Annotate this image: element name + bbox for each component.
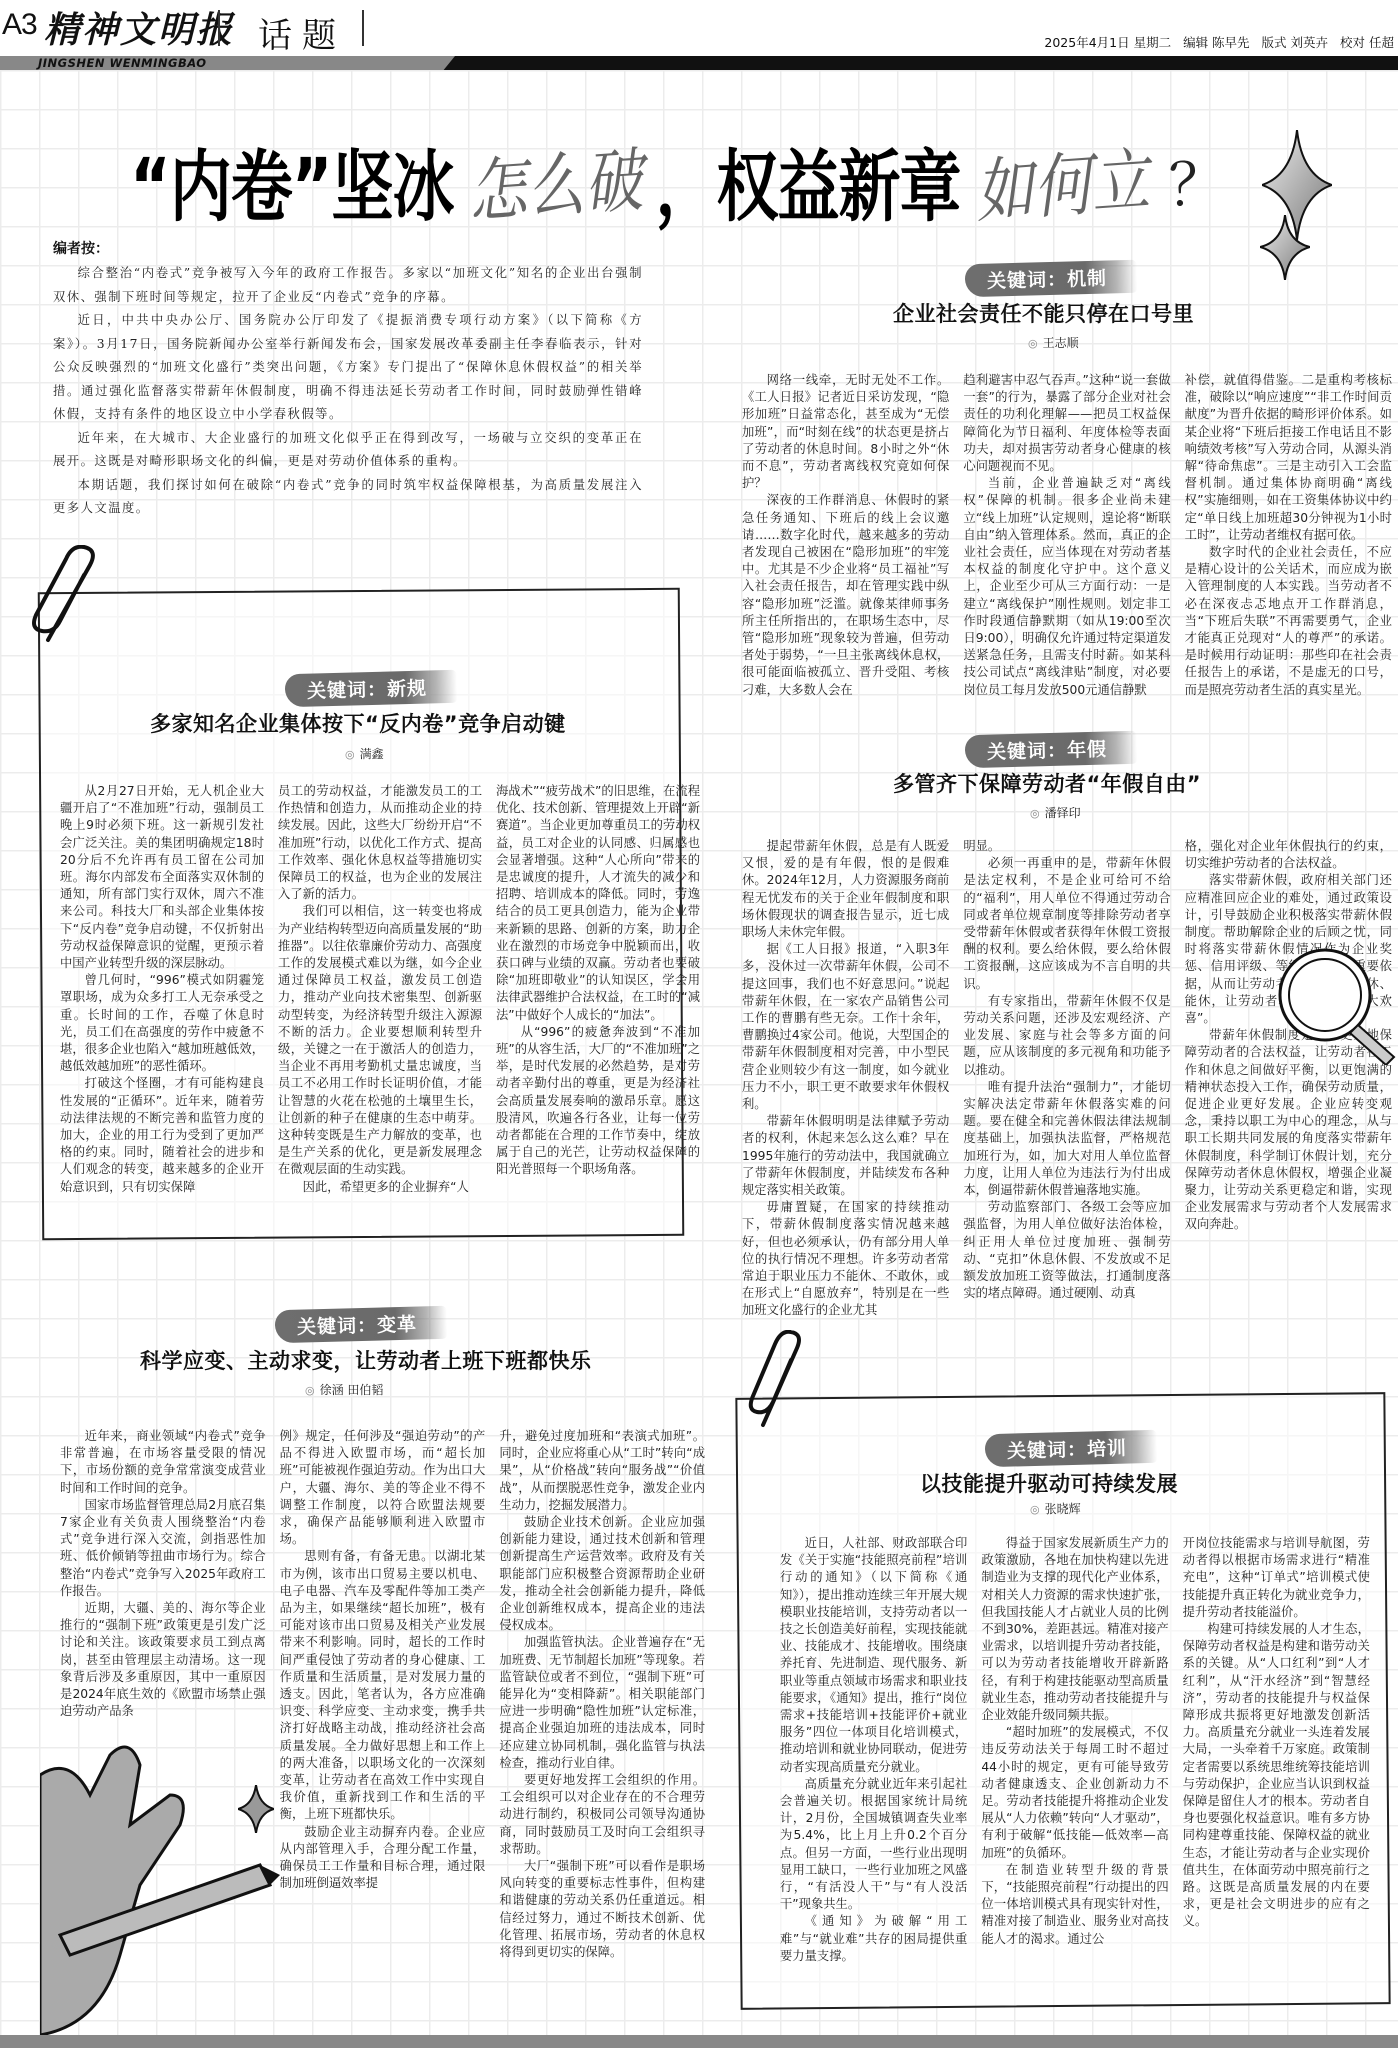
keyword-label: 关键词：机制 <box>987 268 1108 293</box>
keyword-label: 关键词：培训 <box>1007 1438 1128 1463</box>
paragraph: 海战术”“疲劳战术”的旧思维，在流程优化、技术创新、管理提效上开辟“新赛道”。当… <box>496 783 700 1024</box>
editor-note-title: 编者按： <box>53 238 643 258</box>
headline-part1-script: 怎么破 <box>464 124 645 237</box>
paragraph: 我们可以相信，这一转变也将成为产业结构转型迈向高质量发展的“助推器”。以往依靠廉… <box>278 903 482 1178</box>
paragraph: 构建可持续发展的人才生态，保障劳动者权益是构建和谐劳动关系的关键。从“人口红利”… <box>1183 1621 1370 1931</box>
paragraph: 大厂“强制下班”可以看作是职场风向转变的重要标志性事件，但构建和谐健康的劳动关系… <box>499 1858 705 1961</box>
article-title: 多家知名企业集体按下“反内卷”竞争启动键 <box>150 708 566 738</box>
paragraph: 鼓励企业主动摒弃内卷。企业应从内部管理入手，合理分配工作量，确保员工工作量和目标… <box>280 1824 486 1893</box>
keyword-label: 关键词：变革 <box>297 1314 418 1339</box>
paragraph: 员工的劳动权益，才能激发员工的工作热情和创造力，从而推动企业的持续发展。因此，这… <box>278 783 482 903</box>
editor-note-paragraph: 近日，中共中央办公厅、国务院办公厅印发了《提振消费专项行动方案》（以下简称《方案… <box>53 309 643 427</box>
paragraph: 因此，希望更多的企业摒弃“人 <box>278 1179 482 1196</box>
paragraph: “超时加班”的发展模式，不仅违反劳动法关于每周工时不超过44小时的规定，更有可能… <box>981 1724 1168 1862</box>
paragraph: 高质量充分就业近年来引起社会普遍关切。根据国家统计局统计，2月份，全国城镇调查失… <box>780 1776 967 1914</box>
keyword-badge-new-rules: 关键词：新规 <box>285 672 457 712</box>
paragraph: 唯有提升法治“强制力”，才能切实解决法定带薪年休假落实难的问题。要在健全和完善休… <box>963 1079 1170 1199</box>
byline: ◎徐涵 田伯韬 <box>305 1381 383 1398</box>
paragraph: 例》规定，任何涉及“强迫劳动”的产品不得进入欧盟市场，而“超长加班”可能被视作强… <box>280 1428 486 1548</box>
article-body-training: 近日，人社部、财政部联合印发《关于实施“技能照亮前程”培训行动的通知》（以下简称… <box>780 1535 1370 1965</box>
keyword-badge-reform: 关键词：变革 <box>275 1308 447 1348</box>
paragraph: 鼓励企业技术创新。企业应加强创新能力建设，通过技术创新和管理创新提高生产运营效率… <box>499 1514 705 1634</box>
paragraph: 有专家指出，带薪年休假不仅是劳动关系问题，还涉及宏观经济、产业发展、家庭与社会等… <box>963 993 1170 1079</box>
paper-name-logo: 精神文明报 <box>44 2 234 53</box>
paragraph: 趋利避害中忍气吞声。”这种“说一套做一套”的行为，暴露了部分企业对社会责任的功利… <box>963 372 1170 475</box>
article-body-new-rules: 从2月27日开始，无人机企业大疆开启了“不准加班”行动，强制员工晚上9时必须下班… <box>60 783 700 1196</box>
paragraph: 带薪年休假明明是法律赋予劳动者的权利，休起来怎么这么难？早在1995年施行的劳动… <box>742 1113 949 1199</box>
paragraph: 从2月27日开始，无人机企业大疆开启了“不准加班”行动，强制员工晚上9时必须下班… <box>60 783 264 972</box>
keyword-badge-annual-leave: 关键词：年假 <box>965 733 1137 773</box>
keyword-label: 关键词：年假 <box>987 739 1108 764</box>
hand-with-pencil-icon <box>40 1735 280 2035</box>
author-name: 王志顺 <box>1043 336 1079 350</box>
paragraph: 补偿，就值得借鉴。二是重构考核标准，破除以“响应速度”“非工作时间贡献度”为晋升… <box>1185 372 1392 544</box>
article-title: 多管齐下保障劳动者“年假自由” <box>893 768 1201 798</box>
editor-credit: 编辑 陈早先 <box>1183 35 1249 50</box>
masthead: A3 精神文明报 话题 2025年4月1日 星期二 编辑 陈早先 版式 刘英卉 … <box>0 0 1398 70</box>
byline: ◎王志顺 <box>1028 334 1079 351</box>
sparkle-icon <box>1260 215 1310 280</box>
article-body-mechanism: 网络一线牵，无时无处不工作。《工人日报》记者近日采访发现，“隐形加班”日益常态化… <box>742 372 1392 699</box>
keyword-label: 关键词：新规 <box>307 678 428 703</box>
issue-date: 2025年4月1日 星期二 <box>1044 35 1171 50</box>
article-body-annual-leave: 提起带薪年休假，总是有人既爱又恨，爱的是有年假，恨的是假难休。2024年12月，… <box>742 838 1392 1320</box>
byline: ◎潘铎印 <box>1030 804 1081 821</box>
paragraph: 从“996”的疲惫奔波到“不准加班”的从容生活，大厂的“不准加班”之举，是时代发… <box>496 1024 700 1179</box>
paragraph: 曾几何时，“996”模式如阴霾笼罩职场，成为众多打工人无奈承受之重。长时间的工作… <box>60 972 264 1075</box>
page-number: A3 <box>2 8 37 42</box>
paragraph: 据《工人日报》报道，“入职3年多，没休过一次带薪年休假，公司不提这回事，我们也不… <box>742 941 949 1113</box>
paragraph: 当前，企业普遍缺乏对“离线权”保障的机制。很多企业尚未建立“线上加班”认定规则，… <box>963 475 1170 699</box>
paragraph: 数字时代的企业社会责任，不应是精心设计的公关话术，而应成为嵌入管理制度的人本实践… <box>1185 544 1392 699</box>
article-title: 企业社会责任不能只停在口号里 <box>893 298 1194 328</box>
paragraph: 开岗位技能需求与培训导航图，劳动者得以根据市场需求进行“精准充电”，这种“订单式… <box>1183 1535 1370 1621</box>
author-name: 徐涵 田伯韬 <box>320 1383 384 1397</box>
paragraph: 得益于国家发展新质生产力的政策激励，各地在加快构建以先进制造业为支撑的现代化产业… <box>981 1535 1168 1724</box>
divider <box>362 10 364 46</box>
paragraph: 劳动监察部门、各级工会等应加强监督，为用人单位做好法治体检，纠正用人单位过度加班… <box>963 1199 1170 1302</box>
paragraph: 升，避免过度加班和“表演式加班”。同时，企业应将重心从“工时”转向“成果”，从“… <box>499 1428 705 1514</box>
author-name: 潘铎印 <box>1045 806 1081 820</box>
paragraph: 加强监管执法。企业普遍存在“无加班费、无节制超长加班”等现象。若监管缺位或者不到… <box>499 1634 705 1772</box>
paragraph: 国家市场监督管理总局2月底召集7家企业有关负责人围绕整治“内卷式”竞争进行深入交… <box>60 1497 266 1600</box>
paragraph: 明显。 <box>963 838 1170 855</box>
article-title: 以技能提升驱动可持续发展 <box>920 1468 1178 1498</box>
section-name: 话题 <box>258 8 346 57</box>
paragraph: 深夜的工作群消息、休假时的紧急任务通知、下班后的线上会议邀请……数字化时代，越来… <box>742 492 949 698</box>
editor-note-paragraph: 近年来，在大城市、大企业盛行的加班文化似乎正在得到改写，一场破与立交织的变革正在… <box>53 427 643 474</box>
paragraph: 近年来，商业领域“内卷式”竞争非常普遍，在市场容量受限的情况下，市场份额的竞争常… <box>60 1428 266 1497</box>
sparkle-icon <box>238 1785 274 1833</box>
paragraph: 网络一线牵，无时无处不工作。《工人日报》记者近日采访发现，“隐形加班”日益常态化… <box>742 372 949 492</box>
magnifier-icon <box>1270 945 1398 1065</box>
paragraph: 近期，大疆、美的、海尔等企业推行的“强制下班”政策更是引发广泛讨论和关注。该政策… <box>60 1600 266 1720</box>
headline-question-mark: ？ <box>1169 138 1227 222</box>
paragraph: 近日，人社部、财政部联合印发《关于实施“技能照亮前程”培训行动的通知》（以下简称… <box>780 1535 967 1776</box>
paragraph: 《通知》为破解“用工难”与“就业难”共存的困局提供重要力量支撑。 <box>780 1913 967 1965</box>
byline: ◎满鑫 <box>345 745 384 762</box>
paragraph: 打破这个怪圈，才有可能构建良性发展的“正循环”。近年来，随着劳动法律法规的不断完… <box>60 1075 264 1195</box>
paragraph: 格，强化对企业年休假执行的约束，切实维护劳动者的合法权益。 <box>1185 838 1392 872</box>
paragraph: 在制造业转型升级的背景下，“技能照亮前程”行动提出的四位一体培训模式具有现实针对… <box>981 1862 1168 1948</box>
main-headline: “内卷”坚冰 怎么破 ，权益新章 如何立 ？ <box>130 125 1270 235</box>
issue-meta: 2025年4月1日 星期二 编辑 陈早先 版式 刘英卉 校对 任超 <box>1036 33 1394 51</box>
keyword-badge-mechanism: 关键词：机制 <box>965 262 1137 302</box>
paragraph: 思则有备，有备无患。以湖北某市为例，该市出口贸易主要以机电、电子电器、汽车及零配… <box>280 1548 486 1823</box>
editor-note-paragraph: 本期话题，我们探讨如何在破除“内卷式”竞争的同时筑牢权益保障根基，为高质量发展注… <box>53 474 643 521</box>
footer-band <box>0 2035 1398 2048</box>
editor-note: 编者按： 综合整治“内卷式”竞争被写入今年的政府工作报告。多家以“加班文化”知名… <box>53 238 643 521</box>
paper-pinyin: JINGSHEN WENMINGBAO <box>38 56 207 70</box>
headline-part1: “内卷”坚冰 <box>130 124 454 235</box>
headline-part2-script: 如何立 <box>971 124 1152 237</box>
divider <box>218 10 220 46</box>
paragraph: 毋庸置疑，在国家的持续推动下，带薪休假制度落实情况越来越好，但也必须承认，仍有部… <box>742 1199 949 1319</box>
byline: ◎张晓辉 <box>1030 1500 1081 1517</box>
headline-part2: ，权益新章 <box>656 124 961 235</box>
paperclip-icon <box>28 545 108 645</box>
article-title: 科学应变、主动求变，让劳动者上班下班都快乐 <box>140 1345 592 1375</box>
keyword-badge-training: 关键词：培训 <box>985 1432 1157 1472</box>
paragraph: 提起带薪年休假，总是有人既爱又恨，爱的是有年假，恨的是假难休。2024年12月，… <box>742 838 949 941</box>
author-name: 张晓辉 <box>1045 1502 1081 1516</box>
layout-credit: 版式 刘英卉 <box>1262 35 1328 50</box>
proofreader-credit: 校对 任超 <box>1340 35 1394 50</box>
paragraph: 要更好地发挥工会组织的作用。工会组织可以对企业存在的不合理劳动进行制约，积极同公… <box>499 1772 705 1858</box>
author-name: 满鑫 <box>360 747 384 761</box>
paragraph: 必须一再重申的是，带薪年休假是法定权利，不是企业可给可不给的“福利”，用人单位不… <box>963 855 1170 993</box>
editor-note-paragraph: 综合整治“内卷式”竞争被写入今年的政府工作报告。多家以“加班文化”知名的企业出台… <box>53 262 643 309</box>
paperclip-icon <box>745 1330 815 1430</box>
